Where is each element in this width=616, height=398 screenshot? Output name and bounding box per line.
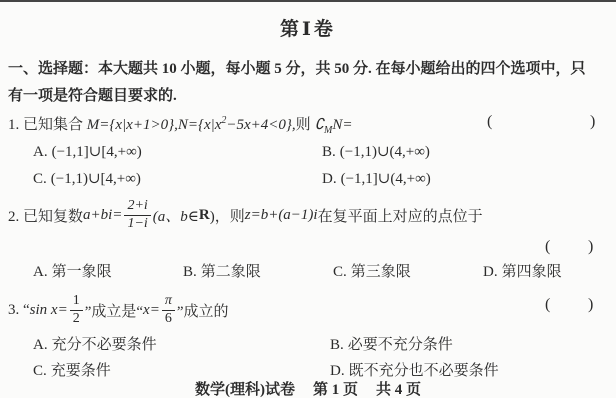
q1-answer-paren-close: ) [590, 113, 595, 131]
q3-math1: sin x= [30, 302, 68, 319]
q3-option-c: C.充要条件 [33, 359, 111, 380]
q3-option-b-text: 必要不充分条件 [348, 337, 453, 353]
q1-option-d-text: (−1,1]∪(4,+∞) [341, 171, 431, 187]
q1-option-c-text: (−1,1)∪[4,+∞) [51, 171, 141, 187]
q3-fraction-2: π6 [162, 293, 175, 326]
q1-answer-paren-open: ( [487, 113, 492, 131]
q2-option-a-text: 第一象限 [52, 264, 112, 280]
q3-fraction2-denominator: 6 [162, 311, 175, 327]
q2-text3: 在复平面上对应的点位于 [318, 205, 483, 226]
q2-text: 2. 已知复数 [8, 205, 83, 226]
q3-option-a-label: A. [33, 337, 48, 353]
section-intro-line1: 一、选择题：本大题共 10 小题，每小题 5 分，共 50 分. 在每小题给出的… [8, 56, 610, 83]
q2-fraction-numerator: 2+i [124, 198, 150, 215]
q3-option-b-label: B. [330, 337, 344, 353]
q2-fraction: 2+i1−i [124, 198, 150, 231]
q2-answer-paren-open: ( [545, 238, 550, 256]
q2-answer-paren-close: ) [588, 238, 593, 256]
q3-math2: x= [143, 302, 160, 319]
q3-fraction1-denominator: 2 [70, 311, 83, 327]
q1-math-set2: −5x+4<0}, [226, 117, 295, 133]
page-footer: 数学(理科)试卷第 1 页共 4 页 [0, 378, 616, 398]
footer-doc-title: 数学(理科)试卷 [195, 382, 295, 398]
q2-math3: z=b+(a−1)i [245, 207, 318, 224]
footer-page-number: 第 1 页 [313, 382, 358, 398]
q3-option-d-text: 既不充分也不必要条件 [349, 363, 499, 379]
q2-option-c-label: C. [333, 264, 347, 280]
q3-option-c-text: 充要条件 [51, 363, 111, 379]
q2-math1: a+bi= [83, 207, 122, 224]
q3-fraction2-numerator: π [162, 293, 175, 310]
q2-math-R: R [199, 207, 210, 224]
footer-page-total: 共 4 页 [376, 382, 421, 398]
q3-answer-paren-open: ( [545, 296, 550, 314]
q3-fraction-1: 12 [70, 293, 83, 326]
q2-option-a-label: A. [33, 264, 48, 280]
q1-option-a-label: A. [33, 144, 48, 160]
q1-option-a-text: (−1,1]∪[4,+∞) [52, 144, 142, 160]
q1-option-b-text: (−1,1)∪(4,+∞) [340, 144, 430, 160]
q1-text2: 则 [296, 117, 315, 133]
q1-option-d-label: D. [322, 171, 337, 187]
q2-text2: )，则 [210, 205, 245, 226]
q3-option-d: D.既不充分也不必要条件 [330, 359, 499, 380]
q2-option-b-text: 第二象限 [201, 264, 261, 280]
q1-option-c: C.(−1,1)∪[4,+∞) [33, 169, 141, 188]
q2-option-d-label: D. [483, 264, 498, 280]
q2-option-a: A.第一象限 [33, 260, 112, 281]
q1-text: 1. 已知集合 [8, 117, 87, 133]
q2-option-b: B.第二象限 [183, 260, 261, 281]
q2-option-d: D.第四象限 [483, 260, 562, 281]
question-2-stem: 2. 已知复数 a+bi=2+i1−i(a、b∈R)，则 z=b+(a−1)i … [8, 196, 483, 234]
q1-option-d: D.(−1,1]∪(4,+∞) [322, 169, 431, 188]
q1-option-c-label: C. [33, 171, 47, 187]
q3-text3: ”成立的 [177, 300, 229, 321]
q3-fraction1-numerator: 1 [70, 293, 83, 310]
q1-math-set: M={x|x+1>0},N={x|x [87, 117, 222, 133]
q2-fraction-denominator: 1−i [124, 216, 150, 232]
q1-complement-symbol: ∁ [314, 117, 324, 133]
q2-math2: (a、b∈ [153, 205, 199, 226]
q3-option-a: A.充分不必要条件 [33, 333, 157, 354]
q2-option-b-label: B. [183, 264, 197, 280]
section-intro: 一、选择题：本大题共 10 小题，每小题 5 分，共 50 分. 在每小题给出的… [8, 56, 610, 110]
section-intro-line2: 有一项是符合题目要求的. [8, 83, 610, 110]
q1-math-set3: N= [332, 117, 352, 133]
q3-option-d-label: D. [330, 363, 345, 379]
question-1-stem: 1. 已知集合 M={x|x+1>0},N={x|x2−5x+4<0},则 ∁M… [8, 113, 352, 134]
q3-text: 3. “ [8, 302, 30, 319]
q1-option-a: A.(−1,1]∪[4,+∞) [33, 142, 142, 161]
q3-option-a-text: 充分不必要条件 [52, 337, 157, 353]
q1-option-b-label: B. [322, 144, 336, 160]
q2-option-c-text: 第三象限 [351, 264, 411, 280]
q3-option-c-label: C. [33, 363, 47, 379]
scan-edge-artifact [0, 0, 616, 2]
q2-option-c: C.第三象限 [333, 260, 411, 281]
q3-text2: ”成立是“ [85, 300, 143, 321]
question-3-stem: 3. “sin x=12”成立是“x=π6”成立的 [8, 291, 229, 329]
q2-option-d-text: 第四象限 [502, 264, 562, 280]
q1-option-b: B.(−1,1)∪(4,+∞) [322, 142, 430, 161]
page-title: 第Ⅰ卷 [0, 14, 616, 41]
q3-answer-paren-close: ) [588, 296, 593, 314]
q3-option-b: B.必要不充分条件 [330, 333, 453, 354]
